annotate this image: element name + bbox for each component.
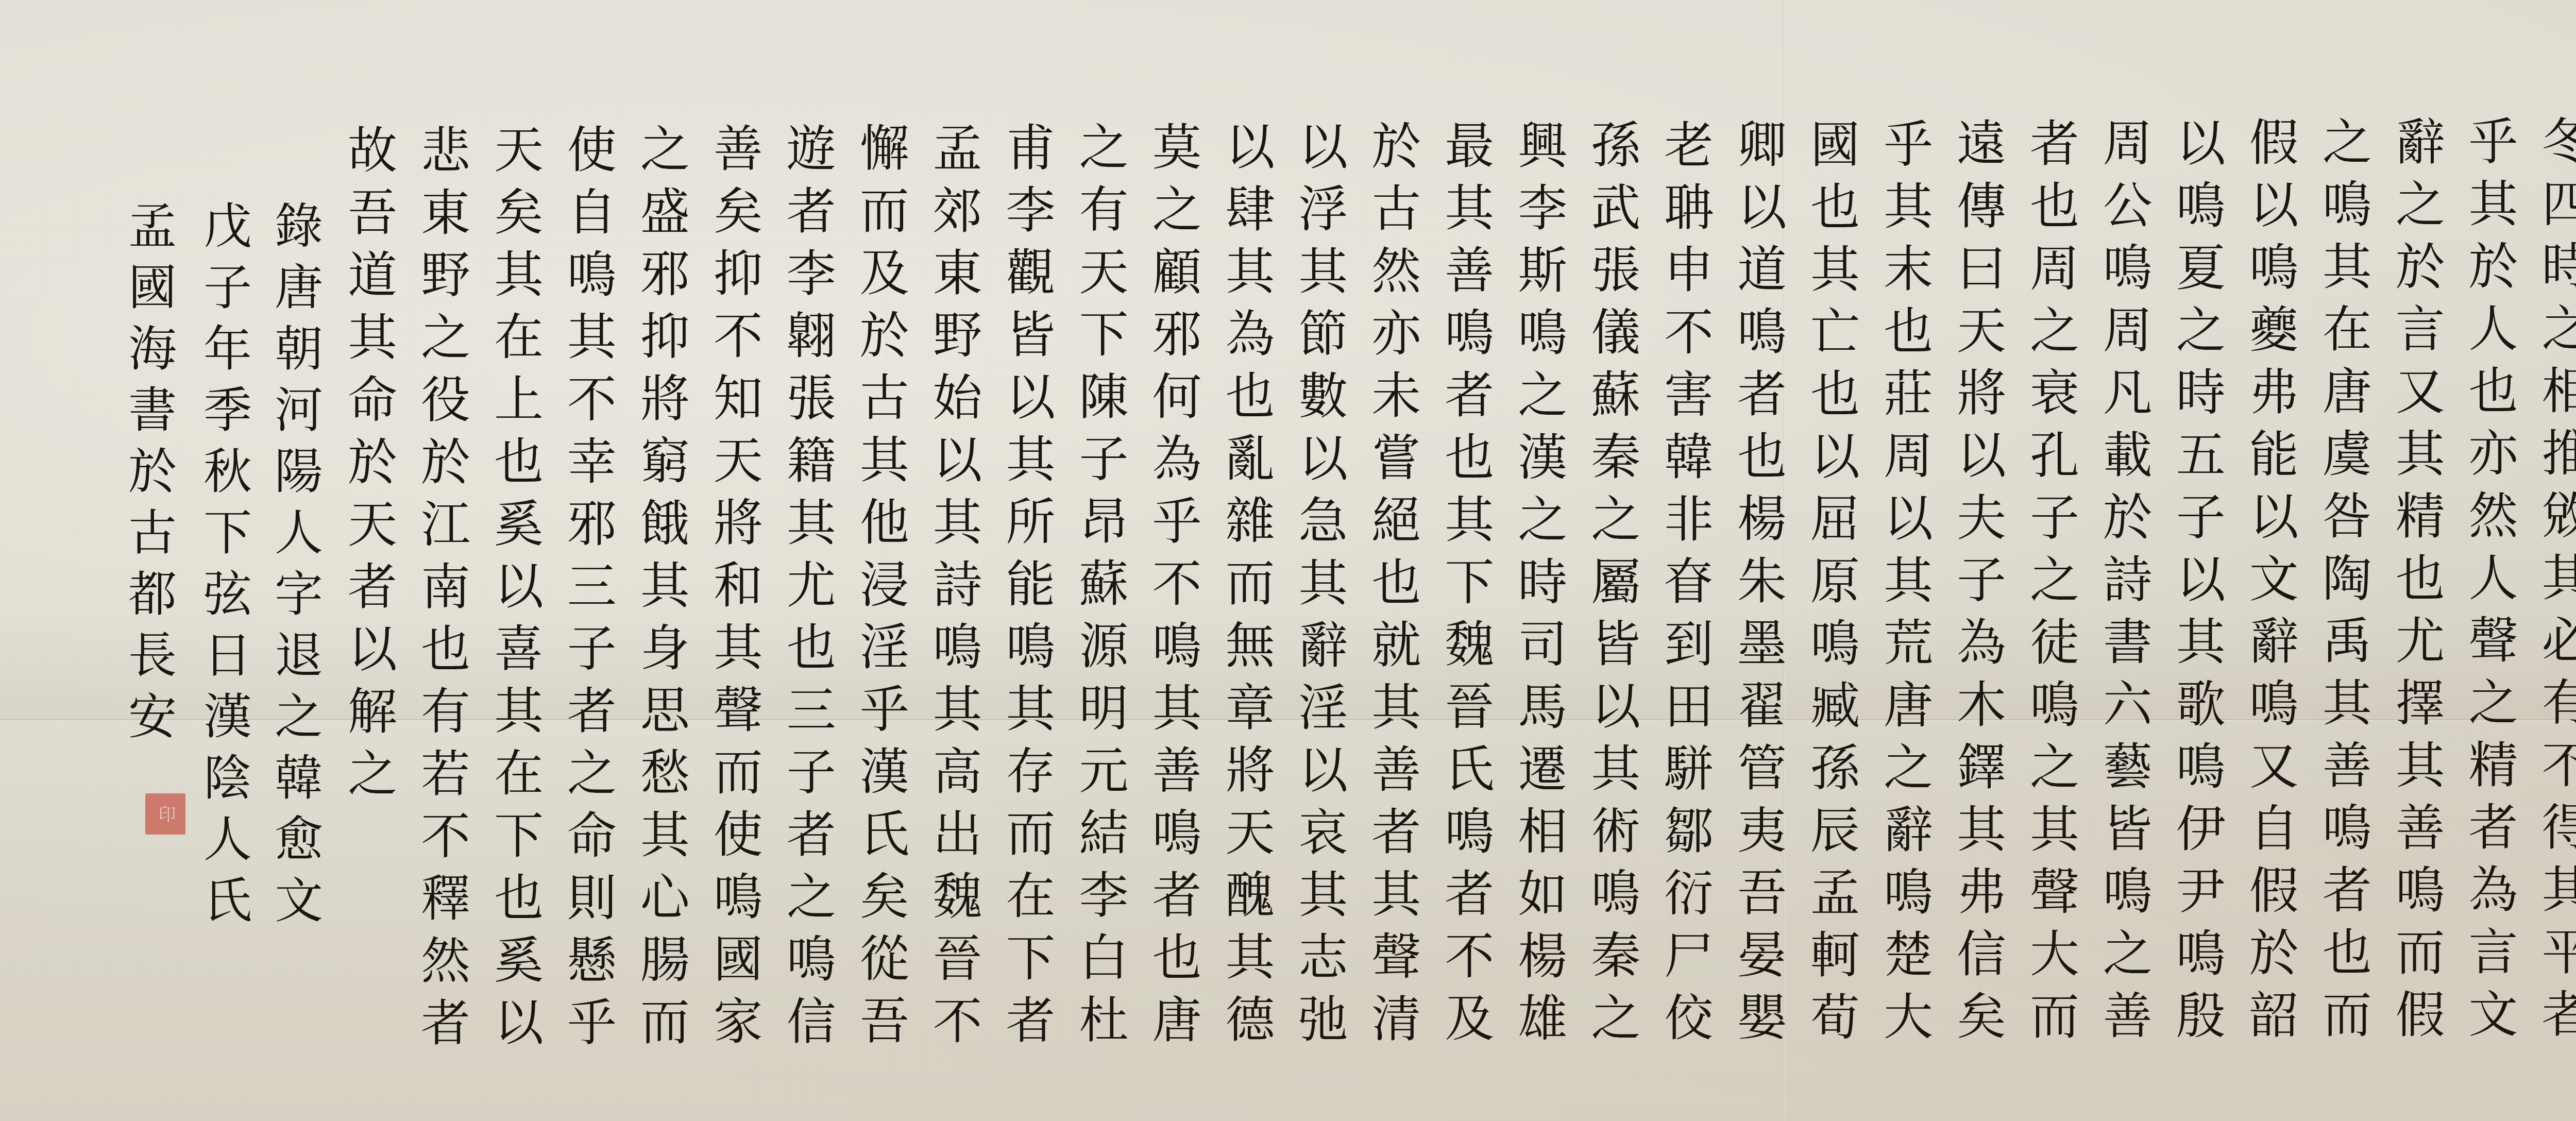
glyph: 鳴	[997, 616, 1064, 678]
glyph: 其	[2533, 547, 2576, 609]
glyph: 皆	[1582, 613, 1649, 675]
glyph: 其	[485, 680, 552, 742]
glyph: 役	[412, 369, 479, 431]
glyph: 聃	[1655, 177, 1722, 239]
glyph: 時	[1509, 551, 1576, 614]
glyph: 不	[558, 368, 625, 431]
glyph: 故	[339, 120, 406, 182]
glyph: 乎	[1875, 113, 1942, 176]
glyph: 敓	[2533, 485, 2576, 547]
glyph: 周	[2021, 237, 2088, 300]
glyph: 下	[997, 927, 1064, 990]
glyph: 肆	[1216, 178, 1283, 241]
glyph: 命	[558, 805, 625, 867]
glyph: 戊	[194, 196, 261, 258]
glyph: 之	[1582, 488, 1649, 551]
glyph: 伊	[2167, 798, 2234, 860]
glyph: 鄒	[1655, 800, 1722, 862]
glyph: 其	[2314, 672, 2381, 735]
glyph: 淫	[1290, 677, 1357, 739]
glyph: 其	[1216, 241, 1283, 303]
glyph: 也	[1216, 365, 1283, 428]
glyph: 將	[705, 492, 772, 554]
glyph: 其	[2533, 859, 2576, 921]
glyph: 鳴	[705, 866, 772, 928]
glyph: 浸	[851, 554, 918, 616]
glyph: 者	[1143, 864, 1210, 927]
glyph: 然	[2460, 485, 2527, 547]
glyph: 孟	[924, 117, 991, 180]
glyph: 能	[997, 553, 1064, 616]
glyph: 其	[1802, 239, 1869, 301]
glyph: 知	[705, 367, 772, 430]
glyph: 其	[1436, 177, 1503, 240]
glyph: 之	[2167, 299, 2234, 362]
glyph: 善	[705, 118, 772, 180]
glyph: 鳴	[1143, 615, 1210, 677]
glyph: 也	[485, 867, 552, 929]
glyph: 鳴	[2167, 923, 2234, 985]
glyph: 者	[558, 680, 625, 742]
glyph: 之	[1071, 116, 1138, 179]
glyph: 以	[2167, 549, 2234, 611]
glyph: 鳴	[778, 928, 845, 991]
glyph: 吾	[851, 990, 918, 1052]
glyph: 也	[2387, 548, 2454, 610]
glyph: 荀	[1802, 987, 1869, 1049]
glyph: 辭	[1875, 799, 1942, 861]
glyph: 推	[2533, 422, 2576, 485]
glyph: 善	[2314, 735, 2381, 797]
glyph: 亦	[2460, 422, 2527, 485]
glyph: 幸	[558, 431, 625, 493]
glyph: 野	[412, 244, 479, 307]
glyph: 文	[2241, 548, 2308, 610]
glyph: 亂	[1216, 428, 1283, 490]
glyph: 子	[194, 257, 261, 319]
glyph: 腸	[632, 929, 699, 991]
glyph: 三	[778, 679, 845, 741]
glyph: 四	[2533, 173, 2576, 235]
glyph: 鳴	[1436, 302, 1503, 364]
glyph: 曰	[1948, 237, 2015, 300]
glyph: 悲	[412, 120, 479, 182]
glyph: 在	[2314, 298, 2381, 361]
glyph: 李	[1071, 864, 1138, 927]
glyph: 者	[2533, 983, 2576, 1046]
glyph: 及	[1436, 988, 1503, 1050]
glyph: 之	[1509, 489, 1576, 551]
glyph: 也	[2460, 360, 2527, 422]
glyph: 鐸	[1948, 736, 2015, 799]
glyph: 聲	[2021, 861, 2088, 923]
glyph: 郊	[924, 180, 991, 242]
glyph: 原	[1802, 550, 1869, 613]
glyph: 辭	[2387, 111, 2454, 174]
glyph: 思	[632, 680, 699, 742]
glyph: 鳴	[1582, 862, 1649, 925]
glyph: 也	[1802, 176, 1869, 239]
glyph: 弗	[2241, 361, 2308, 423]
glyph: 命	[339, 369, 406, 431]
glyph: 善	[1143, 740, 1210, 802]
glyph: 絕	[1363, 489, 1430, 552]
glyph: 人	[265, 502, 332, 565]
glyph: 辭	[1290, 615, 1357, 677]
glyph: 雜	[1216, 490, 1283, 552]
glyph: 眘	[1655, 551, 1722, 613]
glyph: 文	[265, 870, 332, 932]
glyph: 下	[1436, 551, 1503, 614]
glyph: 鳴	[2094, 237, 2161, 299]
glyph: 他	[851, 491, 918, 554]
glyph: 尸	[1655, 925, 1722, 987]
glyph: 者	[778, 804, 845, 866]
glyph: 天	[1071, 241, 1138, 303]
glyph: 信	[778, 991, 845, 1053]
glyph: 明	[1071, 677, 1138, 740]
glyph: 鳴	[1436, 801, 1503, 863]
glyph: 為	[1948, 612, 2015, 674]
glyph: 武	[1582, 177, 1649, 239]
glyph: 其	[1216, 926, 1283, 989]
glyph: 古	[119, 502, 186, 565]
glyph: 在	[997, 865, 1064, 927]
glyph: 以	[339, 618, 406, 681]
glyph: 善	[2387, 797, 2454, 859]
glyph: 辰	[1802, 800, 1869, 862]
glyph: 尤	[778, 554, 845, 617]
glyph: 天	[1216, 802, 1283, 864]
glyph: 莊	[1875, 363, 1942, 425]
glyph: 愈	[265, 809, 332, 871]
glyph: 軻	[1802, 924, 1869, 987]
glyph: 奚	[485, 929, 552, 992]
glyph: 章	[1216, 677, 1283, 739]
glyph: 其	[1875, 550, 1942, 612]
glyph: 其	[1948, 799, 2015, 861]
glyph: 李	[1509, 177, 1576, 240]
glyph: 之	[412, 307, 479, 369]
glyph: 其	[924, 491, 991, 554]
glyph: 言	[2460, 921, 2527, 983]
glyph: 者	[2314, 859, 2381, 922]
glyph: 善	[1436, 240, 1503, 302]
glyph: 朱	[1728, 550, 1795, 613]
glyph: 其	[2314, 236, 2381, 298]
glyph: 子	[778, 741, 845, 804]
glyph: 遊	[778, 118, 845, 180]
glyph: 於	[1363, 115, 1430, 178]
glyph: 言	[2387, 298, 2454, 361]
glyph: 害	[1655, 364, 1722, 426]
glyph: 蘇	[1582, 364, 1649, 426]
glyph: 不	[924, 990, 991, 1052]
glyph: 魏	[1436, 614, 1503, 676]
glyph: 下	[194, 502, 261, 565]
glyph: 甫	[997, 117, 1064, 179]
glyph: 漢	[851, 741, 918, 803]
glyph: 自	[558, 181, 625, 244]
glyph: 也	[1728, 426, 1795, 488]
glyph: 藝	[2094, 736, 2161, 798]
glyph: 擇	[2387, 672, 2454, 735]
glyph: 都	[119, 564, 186, 626]
glyph: 以	[2167, 112, 2234, 175]
glyph: 使	[705, 804, 772, 866]
glyph: 其	[632, 804, 699, 867]
glyph: 者	[1436, 863, 1503, 925]
glyph: 秋	[194, 441, 261, 503]
glyph: 未	[1363, 365, 1430, 427]
glyph: 籍	[778, 430, 845, 492]
glyph: 鳴	[2387, 859, 2454, 922]
glyph: 其	[2167, 611, 2234, 673]
glyph: 假	[2241, 112, 2308, 174]
glyph: 為	[1143, 428, 1210, 490]
glyph: 又	[2387, 361, 2454, 423]
glyph: 漢	[194, 686, 261, 749]
glyph: 東	[412, 182, 479, 244]
glyph: 弛	[1290, 989, 1357, 1051]
glyph: 其	[1363, 863, 1430, 926]
glyph: 子	[2021, 487, 2088, 549]
glyph: 始	[924, 367, 991, 429]
glyph: 邪	[558, 493, 625, 555]
glyph: 以	[924, 429, 991, 491]
glyph: 夷	[1728, 800, 1795, 862]
glyph: 亡	[1802, 301, 1869, 363]
glyph: 夏	[2167, 237, 2234, 299]
glyph: 莫	[1143, 116, 1210, 179]
red-seal-stamp: 印	[145, 793, 185, 835]
glyph: 聲	[705, 679, 772, 741]
glyph: 非	[1655, 488, 1722, 551]
glyph: 鳴	[1509, 302, 1576, 364]
glyph: 臧	[1802, 675, 1869, 737]
glyph: 陳	[1071, 366, 1138, 428]
glyph: 所	[997, 491, 1064, 553]
glyph: 天	[485, 119, 552, 181]
glyph: 其	[997, 429, 1064, 491]
glyph: 也	[2314, 922, 2381, 984]
glyph: 歌	[2167, 673, 2234, 736]
glyph: 者	[2021, 113, 2088, 175]
glyph: 邪	[1143, 303, 1210, 366]
glyph: 其	[924, 678, 991, 741]
glyph: 衰	[2021, 362, 2088, 424]
glyph: 懸	[558, 929, 625, 992]
glyph: 及	[851, 242, 918, 304]
glyph: 矣	[851, 865, 918, 928]
glyph: 晏	[1728, 924, 1795, 987]
glyph: 鳴	[1143, 802, 1210, 864]
glyph: 杜	[1071, 989, 1138, 1051]
glyph: 之	[778, 866, 845, 928]
glyph: 南	[412, 556, 479, 618]
glyph: 大	[1875, 986, 1942, 1048]
glyph: 夫	[1948, 487, 2015, 549]
glyph: 乎	[2460, 111, 2527, 173]
glyph: 精	[2387, 485, 2454, 548]
glyph: 鳴	[2241, 673, 2308, 735]
glyph: 時	[2533, 235, 2576, 298]
glyph: 元	[1071, 740, 1138, 802]
glyph: 傳	[1948, 175, 2015, 237]
glyph: 心	[632, 867, 699, 929]
glyph: 鳴	[1728, 301, 1795, 363]
glyph: 五	[2167, 424, 2234, 486]
glyph: 鳴	[1875, 861, 1942, 924]
glyph: 其	[1290, 864, 1357, 926]
glyph: 司	[1509, 614, 1576, 676]
glyph: 假	[2387, 984, 2454, 1046]
glyph: 然	[1363, 240, 1430, 302]
glyph: 以	[485, 555, 552, 618]
glyph: 乎	[851, 678, 918, 741]
glyph: 從	[851, 928, 918, 990]
glyph: 之	[632, 118, 699, 181]
glyph: 聲	[1363, 926, 1430, 988]
glyph: 邪	[632, 243, 699, 305]
glyph: 之	[2094, 923, 2161, 985]
glyph: 抑	[705, 243, 772, 305]
glyph: 國	[1802, 114, 1869, 176]
glyph: 木	[1948, 674, 2015, 736]
glyph: 不	[705, 305, 772, 367]
glyph: 弦	[194, 564, 261, 626]
glyph: 江	[412, 494, 479, 556]
glyph: 翺	[778, 305, 845, 367]
glyph: 氏	[1436, 738, 1503, 801]
glyph: 其	[2021, 799, 2088, 861]
glyph: 以	[1290, 739, 1357, 802]
glyph: 其	[1290, 552, 1357, 615]
glyph: 也	[485, 431, 552, 493]
glyph: 於	[119, 441, 186, 503]
glyph: 尹	[2167, 860, 2234, 923]
glyph: 凡	[2094, 362, 2161, 424]
glyph: 國	[705, 928, 772, 991]
glyph: 者	[1728, 363, 1795, 426]
glyph: 儀	[1582, 301, 1649, 364]
glyph: 唐	[2314, 361, 2381, 423]
glyph: 人	[2460, 547, 2527, 609]
glyph: 也	[1436, 427, 1503, 489]
glyph: 在	[485, 306, 552, 368]
glyph: 其	[2387, 423, 2454, 485]
glyph: 韶	[2241, 984, 2308, 1047]
glyph: 抑	[632, 305, 699, 368]
glyph: 其	[1875, 176, 1942, 238]
glyph: 楊	[1509, 925, 1576, 988]
glyph: 古	[851, 367, 918, 429]
glyph: 存	[997, 740, 1064, 803]
glyph: 又	[2241, 735, 2308, 797]
glyph: 鳴	[2241, 236, 2308, 299]
glyph: 身	[632, 617, 699, 680]
glyph: 漢	[1509, 427, 1576, 489]
glyph: 顧	[1143, 241, 1210, 303]
glyph: 鳴	[1802, 613, 1869, 675]
glyph: 於	[339, 431, 406, 494]
glyph: 何	[1143, 366, 1210, 428]
glyph: 之	[2314, 111, 2381, 174]
glyph: 子	[558, 618, 625, 680]
glyph: 浮	[1290, 178, 1357, 241]
glyph: 精	[2460, 734, 2527, 796]
glyph: 就	[1363, 614, 1430, 676]
glyph: 周	[2094, 299, 2161, 362]
glyph: 者	[997, 990, 1064, 1052]
glyph: 朝	[265, 318, 332, 381]
glyph: 退	[265, 625, 332, 687]
glyph: 相	[1509, 801, 1576, 863]
glyph: 子	[1948, 549, 2015, 612]
glyph: 無	[1216, 615, 1283, 677]
glyph: 時	[2167, 362, 2234, 424]
glyph: 而	[2314, 984, 2381, 1046]
glyph: 以	[1582, 675, 1649, 738]
glyph: 者	[339, 556, 406, 618]
glyph: 而	[997, 803, 1064, 865]
glyph: 斯	[1509, 240, 1576, 302]
glyph: 高	[924, 741, 991, 803]
glyph: 也	[412, 618, 479, 681]
glyph: 張	[778, 367, 845, 430]
glyph: 節	[1290, 303, 1357, 365]
glyph: 平	[2533, 921, 2576, 983]
glyph: 其	[2387, 735, 2454, 797]
glyph: 乎	[558, 992, 625, 1054]
glyph: 氏	[851, 803, 918, 865]
glyph: 唐	[1143, 989, 1210, 1051]
glyph: 喜	[485, 618, 552, 680]
glyph: 禹	[2314, 610, 2381, 672]
glyph: 最	[1436, 115, 1503, 177]
glyph: 晉	[924, 928, 991, 990]
glyph: 於	[851, 304, 918, 367]
glyph: 之	[1875, 737, 1942, 799]
glyph: 鳴	[924, 616, 991, 678]
glyph: 解	[339, 681, 406, 743]
glyph: 不	[1655, 301, 1722, 364]
glyph: 也	[2021, 175, 2088, 237]
glyph: 矣	[705, 180, 772, 243]
glyph: 道	[339, 244, 406, 307]
glyph: 醜	[1216, 864, 1283, 926]
glyph: 唐	[1875, 674, 1942, 737]
glyph: 也	[778, 617, 845, 679]
glyph: 其	[558, 306, 625, 368]
glyph: 韓	[1655, 426, 1722, 488]
glyph: 三	[558, 555, 625, 618]
glyph: 書	[2094, 611, 2161, 673]
glyph: 雄	[1509, 988, 1576, 1050]
glyph: 李	[997, 179, 1064, 242]
glyph: 不	[2533, 734, 2576, 796]
glyph: 之	[2021, 300, 2088, 362]
glyph: 卿	[1728, 114, 1795, 176]
glyph: 源	[1071, 615, 1138, 677]
glyph: 孫	[1802, 737, 1869, 800]
glyph: 冬	[2533, 111, 2576, 173]
glyph: 天	[705, 430, 772, 492]
glyph: 以	[1290, 116, 1357, 178]
glyph: 子	[2167, 486, 2234, 549]
glyph: 之	[2460, 672, 2527, 734]
glyph: 哀	[1290, 802, 1357, 864]
